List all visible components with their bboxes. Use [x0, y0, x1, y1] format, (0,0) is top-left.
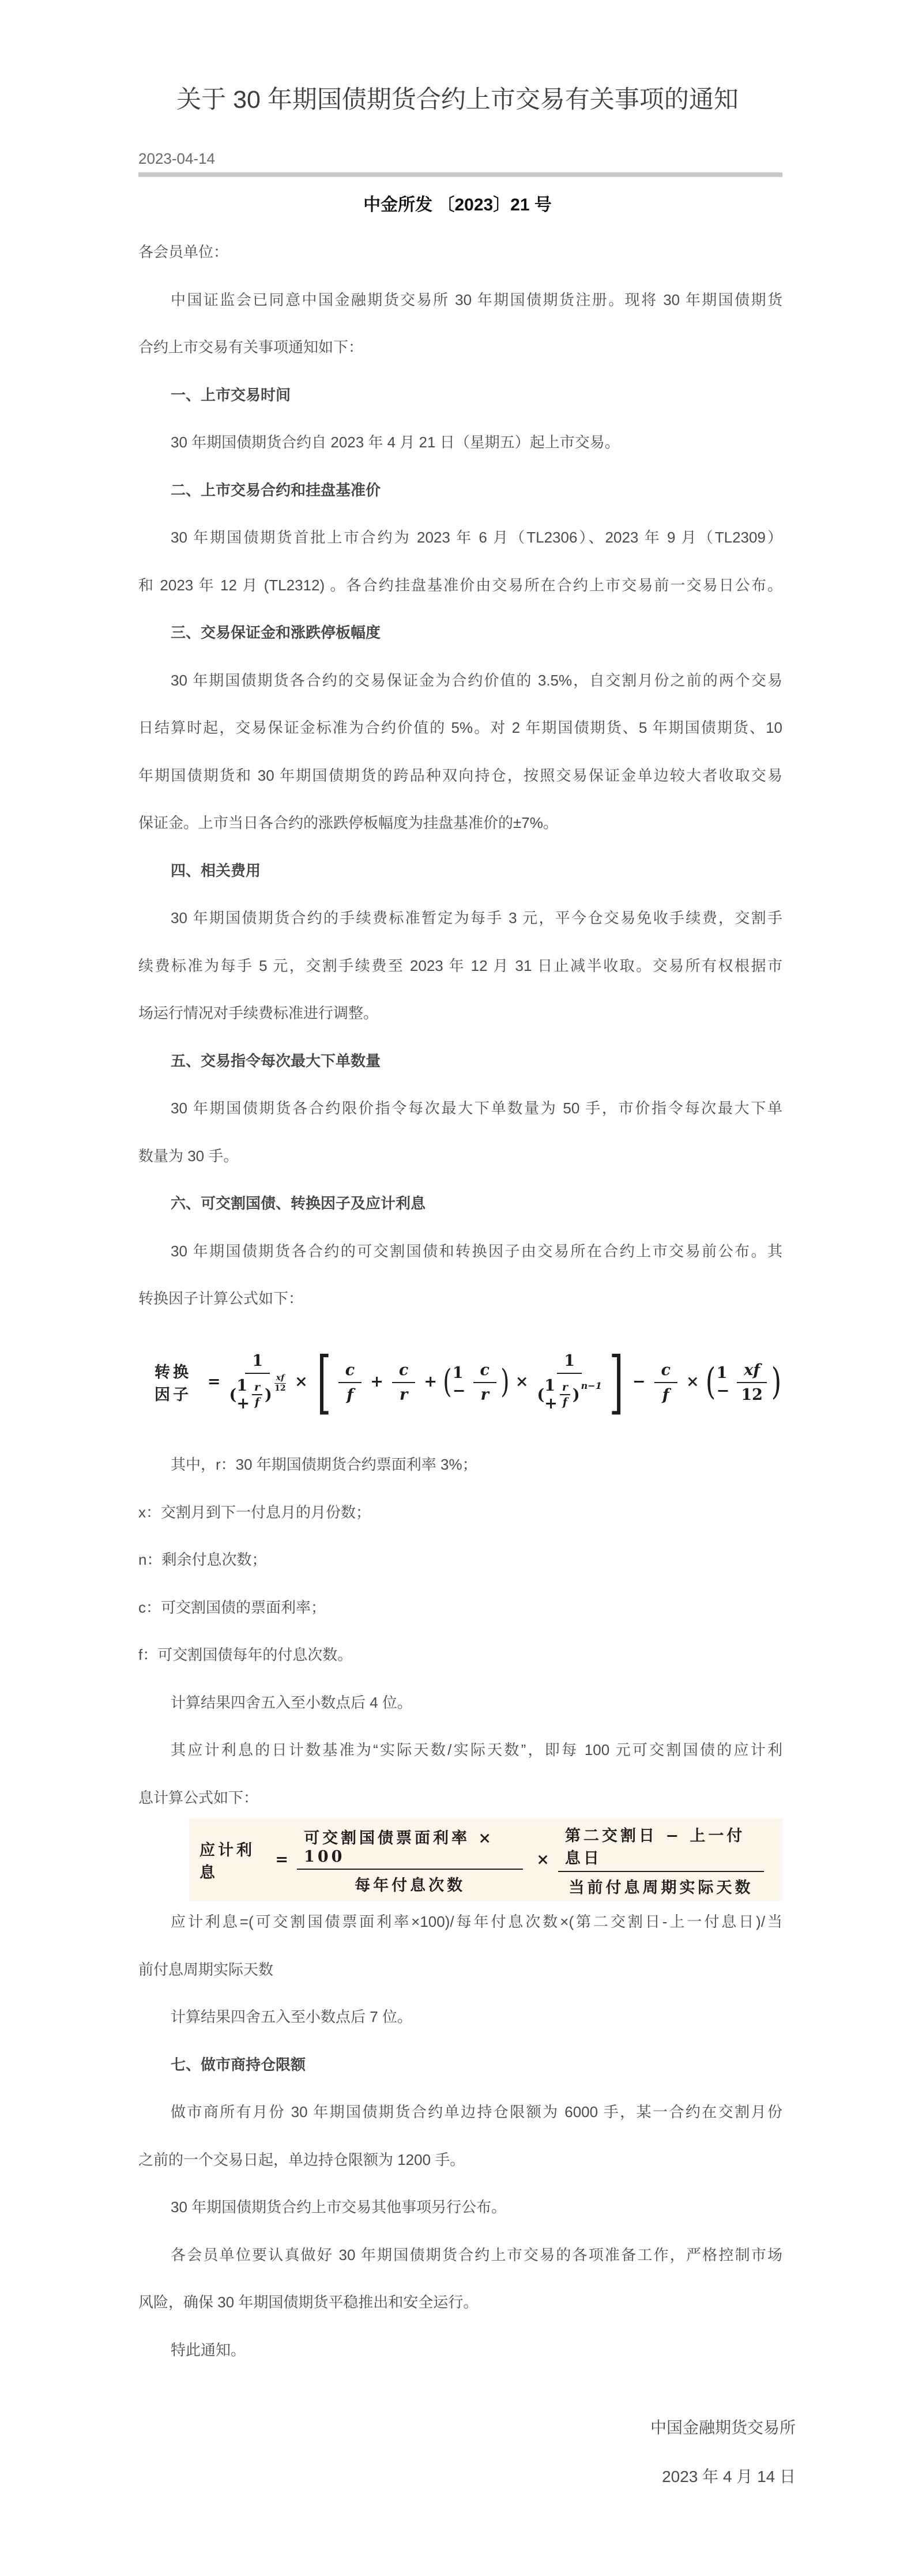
accrued-interest-equation: 应计利息 = 可交割国债票面利率 × 100 每年付息次数 × 第二交割日 − … — [189, 1818, 782, 1901]
signature-org: 中国金融期货交易所 — [138, 2403, 796, 2452]
formula-label: 转换因子 — [155, 1359, 198, 1404]
body-line: 其中，r：30 年期国债期货合约票面利率 3%； — [138, 1441, 782, 1489]
body-line: 日结算时起，交易保证金标准为合约价值的 5%。对 2 年期国债期货、5 年期国债… — [138, 704, 782, 752]
main-discount-fraction: 1 ( 1 + r f ) xf 12 — [229, 1351, 287, 1413]
body-line: 做市商所有月份 30 年期国债期货合约单边持仓限额为 6000 手，某一合约在交… — [138, 2088, 782, 2136]
signature-date: 2023 年 4 月 14 日 — [138, 2452, 796, 2501]
second-discount-fraction: 1 ( 1 + r f ) n−1 — [537, 1351, 601, 1413]
xf-over-12-fraction: xf 12 — [737, 1360, 767, 1404]
body-line: 30 年期国债期货合约的手续费标准暂定为每手 3 元，平今仓交易免收手续费，交割… — [138, 894, 782, 942]
left-bracket: [ — [317, 1348, 331, 1416]
left-paren: ( — [443, 1366, 451, 1398]
body-line: 特此通知。 — [138, 2326, 782, 2374]
section-heading: 三、交易保证金和涨跌停板幅度 — [138, 609, 782, 657]
body-line: 保证金。上市当日各合约的涨跌停板幅度为挂盘基准价的±7%。 — [138, 799, 782, 847]
body-line: 应计利息=(可交割国债票面利率×100)/每年付息次数×(第二交割日-上一付息日… — [138, 1898, 782, 1946]
body-section-middle: 其中，r：30 年期国债期货合约票面利率 3%；x：交割月到下一付息月的月份数；… — [138, 1441, 782, 1821]
body-line: 数量为 30 手。 — [138, 1132, 782, 1180]
left-paren: ( — [705, 1364, 715, 1400]
c-over-f-fraction: c f — [338, 1360, 362, 1404]
equals-sign: = — [275, 1851, 288, 1869]
body-line: 合约上市交易有关事项通知如下： — [138, 323, 782, 371]
body-line: 前付息周期实际天数 — [138, 1946, 782, 1994]
c-over-r-fraction: c r — [473, 1360, 496, 1404]
body-line: 30 年期国债期货合约上市交易其他事项另行公布。 — [138, 2183, 782, 2231]
body-line: x：交割月到下一付息月的月份数； — [138, 1489, 782, 1536]
xf-over-12-exponent: xf 12 — [274, 1373, 286, 1393]
body-line: 30 年期国债期货各合约的可交割国债和转换因子由交易所在合约上市交易前公布。其 — [138, 1227, 782, 1275]
right-paren: ) — [771, 1364, 781, 1400]
body-line: 30 年期国债期货首批上市合约为 2023 年 6 月（TL2306）、2023… — [138, 514, 782, 562]
body-line: 风险，确保 30 年期国债期货平稳推出和安全运行。 — [138, 2279, 782, 2326]
body-line: 转换因子计算公式如下： — [138, 1275, 782, 1323]
equals-sign: = — [208, 1373, 221, 1391]
body-line: 场运行情况对手续费标准进行调整。 — [138, 989, 782, 1037]
accrued-interest-formula: 应计利息 = 可交割国债票面利率 × 100 每年付息次数 × 第二交割日 − … — [138, 1821, 782, 1898]
section-heading: 一、上市交易时间 — [138, 371, 782, 419]
body-line: 年期国债期货和 30 年期国债期货的跨品种双向持仓，按照交易保证金单边较大者收取… — [138, 752, 782, 800]
r-over-f-fraction: r f — [560, 1381, 570, 1408]
section-heading: 五、交易指令每次最大下单数量 — [138, 1037, 782, 1085]
times-sign: × — [536, 1851, 549, 1869]
section-heading: 七、做市商持仓限额 — [138, 2041, 782, 2089]
body-line: 息计算公式如下： — [138, 1774, 782, 1822]
page-title: 关于 30 年期国债期货合约上市交易有关事项的通知 — [0, 85, 915, 115]
day-count-fraction: 第二交割日 − 上一付息日 当前付息周期实际天数 — [558, 1822, 769, 1897]
conversion-factor-formula: 转换因子 = 1 ( 1 + r f ) xf 12 — [138, 1323, 782, 1441]
body-line: f：可交割国债每年的付息次数。 — [138, 1631, 782, 1679]
body-line: 其应计利息的日计数基准为“实际天数/实际天数”，即每 100 元可交割国债的应计… — [138, 1726, 782, 1774]
publish-date: 2023-04-14 — [138, 150, 215, 168]
body-line: 计算结果四舍五入至小数点后 4 位。 — [138, 1679, 782, 1727]
c-over-f-fraction: c f — [654, 1360, 677, 1404]
body-section-bottom: 应计利息=(可交割国债票面利率×100)/每年付息次数×(第二交割日-上一付息日… — [138, 1898, 782, 2374]
n-minus-1-exponent: n−1 — [581, 1380, 602, 1391]
signature-block: 中国金融期货交易所 2023 年 4 月 14 日 — [138, 2403, 796, 2501]
body-line: 30 年期国债期货各合约限价指令每次最大下单数量为 50 手，市价指令每次最大下… — [138, 1084, 782, 1132]
body-line: 中国证监会已同意中国金融期货交易所 30 年期国债期货注册。现将 30 年期国债… — [138, 276, 782, 324]
section-heading: 二、上市交易合约和挂盘基准价 — [138, 466, 782, 514]
body-line: 30 年期国债期货各合约的交易保证金为合约价值的 3.5%，自交割月份之前的两个… — [138, 657, 782, 705]
title-divider — [138, 172, 782, 177]
section-heading: 四、相关费用 — [138, 847, 782, 895]
section-heading: 六、可交割国债、转换因子及应计利息 — [138, 1180, 782, 1227]
body-line: 和 2023 年 12 月 (TL2312) 。各合约挂盘基准价由交易所在合约上… — [138, 562, 782, 609]
body-section-top: 各会员单位：中国证监会已同意中国金融期货交易所 30 年期国债期货注册。现将 3… — [138, 228, 782, 1323]
right-bracket: ] — [609, 1348, 623, 1416]
coupon-fraction: 可交割国债票面利率 × 100 每年付息次数 — [297, 1824, 528, 1895]
body-line: 各会员单位要认真做好 30 年期国债期货合约上市交易的各项准备工作，严格控制市场 — [138, 2231, 782, 2279]
document-page: 关于 30 年期国债期货合约上市交易有关事项的通知 2023-04-14 中金所… — [0, 0, 915, 2576]
body-line: 计算结果四舍五入至小数点后 7 位。 — [138, 1993, 782, 2041]
body-line: 之前的一个交易日起，单边持仓限额为 1200 手。 — [138, 2136, 782, 2184]
doc-number: 中金所发 〔2023〕21 号 — [0, 190, 915, 216]
body-line: 续费标准为每手 5 元，交割手续费至 2023 年 12 月 31 日止减半收取… — [138, 942, 782, 990]
body-line: 30 年期国债期货合约自 2023 年 4 月 21 日（星期五）起上市交易。 — [138, 419, 782, 466]
times-sign: × — [295, 1373, 308, 1391]
c-over-r-fraction: c r — [392, 1360, 415, 1404]
right-paren: ) — [500, 1366, 509, 1398]
conversion-factor-equation: 转换因子 = 1 ( 1 + r f ) xf 12 — [155, 1348, 782, 1416]
formula-label: 应计利息 — [199, 1837, 265, 1882]
body-line: n：剩余付息次数； — [138, 1536, 782, 1584]
body-line: 各会员单位： — [138, 228, 782, 276]
body-line: c：可交割国债的票面利率； — [138, 1584, 782, 1632]
r-over-f-fraction: r f — [252, 1381, 262, 1408]
minus-sign: − — [632, 1373, 646, 1391]
